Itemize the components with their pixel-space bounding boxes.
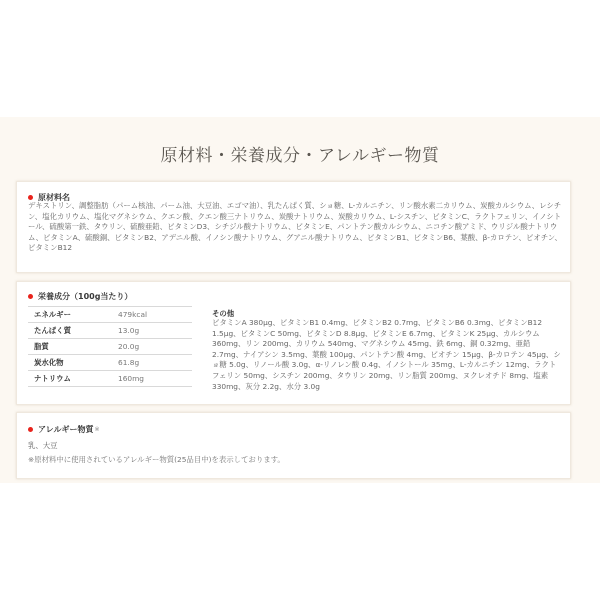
nutrient-label: 脂質 — [28, 339, 112, 355]
table-row: エネルギー 479kcal — [28, 307, 192, 323]
page-title: 原材料・栄養成分・アレルギー物質 — [0, 141, 600, 166]
nutrition-heading-label: 栄養成分（100g当たり） — [38, 291, 132, 302]
bullet-icon — [28, 427, 33, 432]
ingredients-panel: 原材料名 デキストリン、調整脂肪（パーム核油、パーム油、大豆油、エゴマ油）、乳た… — [16, 181, 571, 273]
nutrition-table: エネルギー 479kcal たんぱく質 13.0g 脂質 20.0g 炭水化物 … — [28, 306, 192, 387]
nutrient-label: ナトリウム — [28, 371, 112, 387]
nutrient-value: 13.0g — [112, 323, 192, 339]
nutrient-value: 160mg — [112, 371, 192, 387]
table-row: 炭水化物 61.8g — [28, 355, 192, 371]
nutrient-label: たんぱく質 — [28, 323, 112, 339]
nutrient-label: 炭水化物 — [28, 355, 112, 371]
nutrient-label: エネルギー — [28, 307, 112, 323]
table-row: たんぱく質 13.0g — [28, 323, 192, 339]
allergy-heading-label: アレルギー物質 — [38, 424, 93, 435]
allergy-heading: アレルギー物質 ※ — [28, 424, 100, 435]
footnote-mark: ※ — [94, 426, 99, 433]
other-nutrients-text: ビタミンA 380μg、ビタミンB1 0.4mg、ビタミンB2 0.7mg、ビタ… — [212, 318, 562, 392]
allergy-panel: アレルギー物質 ※ 乳、大豆 ※原材料中に使用されているアレルギー物質(25品目… — [16, 412, 571, 479]
nutrition-panel: 栄養成分（100g当たり） エネルギー 479kcal たんぱく質 13.0g … — [16, 281, 571, 405]
allergen-list: 乳、大豆 — [28, 440, 58, 451]
table-row: 脂質 20.0g — [28, 339, 192, 355]
nutrient-value: 20.0g — [112, 339, 192, 355]
nutrition-heading: 栄養成分（100g当たり） — [28, 291, 132, 302]
ingredients-text: デキストリン、調整脂肪（パーム核油、パーム油、大豆油、エゴマ油）、乳たんぱく質、… — [28, 201, 563, 254]
allergy-note: ※原材料中に使用されているアレルギー物質(25品目中)を表示しております。 — [28, 454, 285, 465]
nutrient-value: 479kcal — [112, 307, 192, 323]
bullet-icon — [28, 195, 33, 200]
nutrient-value: 61.8g — [112, 355, 192, 371]
bullet-icon — [28, 294, 33, 299]
table-row: ナトリウム 160mg — [28, 371, 192, 387]
